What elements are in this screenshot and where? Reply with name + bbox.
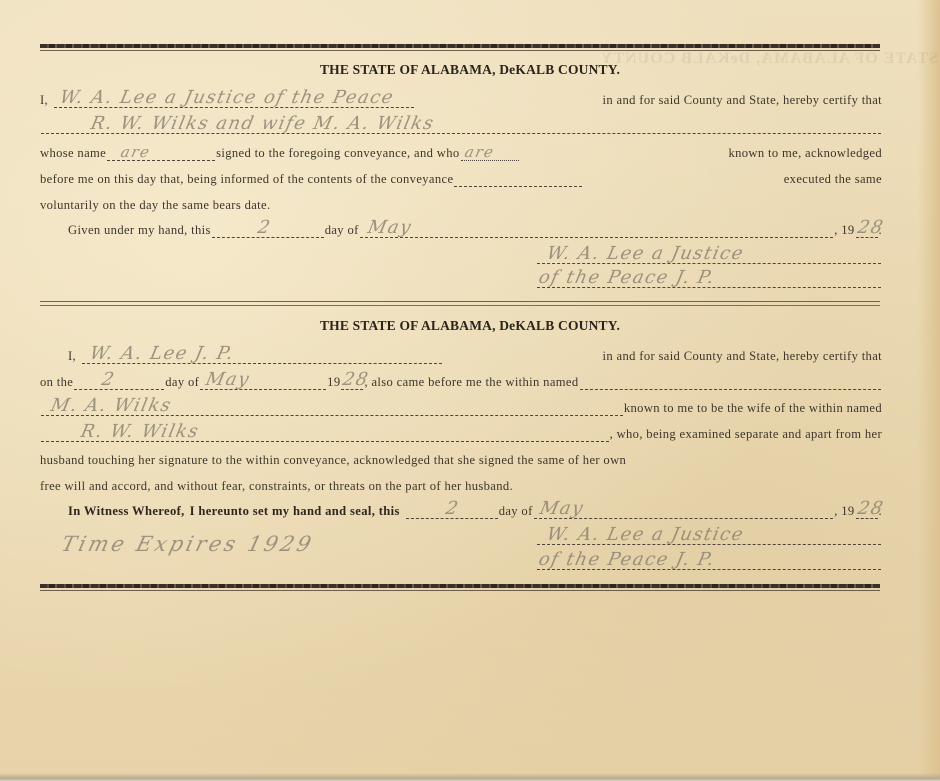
s2-signature1-handwritten: W. A. Lee a Justice — [545, 524, 746, 545]
s2-signature-field1[interactable]: W. A. Lee a Justice — [537, 530, 881, 545]
s2-signature-field2[interactable]: of the Peace J. P. — [537, 555, 881, 570]
s1-day-of-label: day of — [325, 223, 359, 238]
s1-known-verb-handwritten: are — [463, 143, 496, 161]
s1-signature-field1[interactable]: W. A. Lee a Justice — [537, 249, 881, 264]
section1-line4: before me on this day that, being inform… — [40, 169, 882, 187]
s2-day-handwritten: 2 — [100, 369, 117, 390]
s2-witness-month-handwritten: May — [537, 498, 585, 519]
section1-line6: Given under my hand, this 2 day of May ,… — [40, 220, 882, 238]
s2-line3-suffix: known to me to be the wife of the within… — [624, 401, 882, 416]
s2-i-label: I, — [68, 349, 76, 364]
paper-edge-shadow — [918, 0, 940, 781]
section1-line5: voluntarily on the day the same bears da… — [40, 195, 882, 213]
section1-line3: whose name are signed to the foregoing c… — [40, 143, 882, 161]
s2-witness-middle: I hereunto set my hand and seal, this — [190, 504, 400, 519]
s2-signature-line1: W. A. Lee a Justice — [536, 527, 882, 545]
s1-day-field[interactable]: 2 — [212, 223, 324, 238]
s2-line2-suffix: , also came before me the within named — [364, 375, 578, 390]
s1-signature-line1: W. A. Lee a Justice — [536, 246, 882, 264]
section2-line1: I, W. A. Lee J. P. in and for said Count… — [40, 346, 882, 364]
s1-year-prefix: , 19 — [834, 223, 854, 238]
section-divider — [40, 301, 880, 302]
s1-signature1-handwritten: W. A. Lee a Justice — [545, 243, 746, 264]
s2-year-handwritten: 28 — [341, 369, 371, 390]
s2-witness-month-field[interactable]: May — [534, 504, 834, 519]
s2-day-of-label: day of — [165, 375, 199, 390]
s1-grantors-field[interactable]: R. W. Wilks and wife M. A. Wilks — [41, 119, 881, 134]
s2-wife-name-handwritten: M. A. Wilks — [49, 395, 174, 416]
s1-line1-suffix: in and for said County and State, hereby… — [415, 93, 882, 108]
s1-signature-field2[interactable]: of the Peace J. P. — [537, 273, 881, 288]
s1-line5-text: voluntarily on the day the same bears da… — [40, 198, 270, 213]
s1-given-label: Given under my hand, this — [68, 223, 211, 238]
s2-month-handwritten: May — [204, 369, 252, 390]
s1-line4-suffix: executed the same — [583, 172, 882, 187]
s2-signature2-handwritten: of the Peace J. P. — [537, 549, 717, 570]
section1-line1: I, W. A. Lee a Justice of the Peace in a… — [40, 90, 882, 108]
s2-witness-day-field[interactable]: 2 — [406, 504, 498, 519]
s2-line4-suffix: , who, being examined separate and apart… — [610, 427, 882, 442]
s1-officer-name-handwritten: W. A. Lee a Justice of the Peace — [58, 87, 396, 108]
s2-witness-year-prefix: , 19 — [834, 504, 854, 519]
s2-wife-name-field[interactable]: M. A. Wilks — [41, 401, 623, 416]
s2-year-field[interactable]: 28 — [341, 375, 363, 390]
s2-officer-name-field[interactable]: W. A. Lee J. P. — [82, 349, 442, 364]
s2-witness-year-field[interactable]: 28 — [856, 504, 878, 519]
s2-witness-whereof-label: In Witness Whereof, — [68, 504, 185, 519]
s2-month-field[interactable]: May — [200, 375, 326, 390]
s2-husband-name-handwritten: R. W. Wilks — [79, 421, 202, 442]
s1-known-verb-field[interactable]: are — [461, 146, 519, 161]
section2-line3: M. A. Wilks known to me to be the wife o… — [40, 398, 882, 416]
section2-line5: husband touching her signature to the wi… — [40, 450, 882, 468]
s2-within-named-field[interactable] — [580, 375, 882, 390]
s1-signature2-handwritten: of the Peace J. P. — [537, 267, 717, 288]
section1-line2: R. W. Wilks and wife M. A. Wilks — [40, 116, 882, 134]
s1-month-field[interactable]: May — [360, 223, 834, 238]
top-border-rule — [40, 44, 880, 48]
s1-line4-prefix: before me on this day that, being inform… — [40, 172, 453, 187]
s2-witness-day-of-label: day of — [499, 504, 533, 519]
s1-day-handwritten: 2 — [255, 217, 272, 238]
s1-executed-by-field[interactable] — [454, 172, 582, 187]
s1-grantors-handwritten: R. W. Wilks and wife M. A. Wilks — [89, 113, 437, 134]
s1-line3-middle: signed to the foregoing conveyance, and … — [216, 146, 459, 161]
s1-month-handwritten: May — [365, 217, 413, 238]
s1-i-label: I, — [40, 93, 48, 108]
section2-line2: on the 2 day of May 19 28 , also came be… — [40, 372, 882, 390]
term-expires-note: Time Expires 1929 — [59, 532, 316, 556]
paper-bottom-edge — [0, 773, 940, 781]
s2-signature-line2: of the Peace J. P. — [536, 552, 882, 570]
section2-line7: In Witness Whereof, I hereunto set my ha… — [40, 501, 882, 519]
s2-line5-text: husband touching her signature to the wi… — [40, 453, 626, 468]
s1-officer-name-field[interactable]: W. A. Lee a Justice of the Peace — [54, 93, 414, 108]
s2-year-prefix: 19 — [327, 375, 340, 390]
bottom-border-rule — [40, 584, 880, 588]
s2-witness-day-handwritten: 2 — [443, 498, 460, 519]
s2-on-the-label: on the — [40, 375, 73, 390]
s1-year-handwritten: 28 — [855, 217, 885, 238]
s2-husband-name-field[interactable]: R. W. Wilks — [41, 427, 609, 442]
s2-line1-suffix: in and for said County and State, hereby… — [443, 349, 882, 364]
s1-signature-line2: of the Peace J. P. — [536, 270, 882, 288]
s1-whose-name-label: whose name — [40, 146, 106, 161]
s2-officer-name-handwritten: W. A. Lee J. P. — [88, 343, 237, 364]
section2-line6: free will and accord, and without fear, … — [40, 476, 882, 494]
s2-line6-text: free will and accord, and without fear, … — [40, 479, 513, 494]
s1-name-verb-handwritten: are — [119, 143, 152, 161]
section1-heading: THE STATE OF ALABAMA, DeKALB COUNTY. — [0, 62, 940, 78]
s1-year-field[interactable]: 28 — [856, 223, 878, 238]
s1-line3-suffix: known to me, acknowledged — [520, 146, 882, 161]
s2-day-field[interactable]: 2 — [74, 375, 164, 390]
s2-witness-year-handwritten: 28 — [855, 498, 885, 519]
section2-heading: THE STATE OF ALABAMA, DeKALB COUNTY. — [0, 318, 940, 334]
s1-name-verb-field[interactable]: are — [107, 146, 215, 161]
section2-line4: R. W. Wilks , who, being examined separa… — [40, 424, 882, 442]
